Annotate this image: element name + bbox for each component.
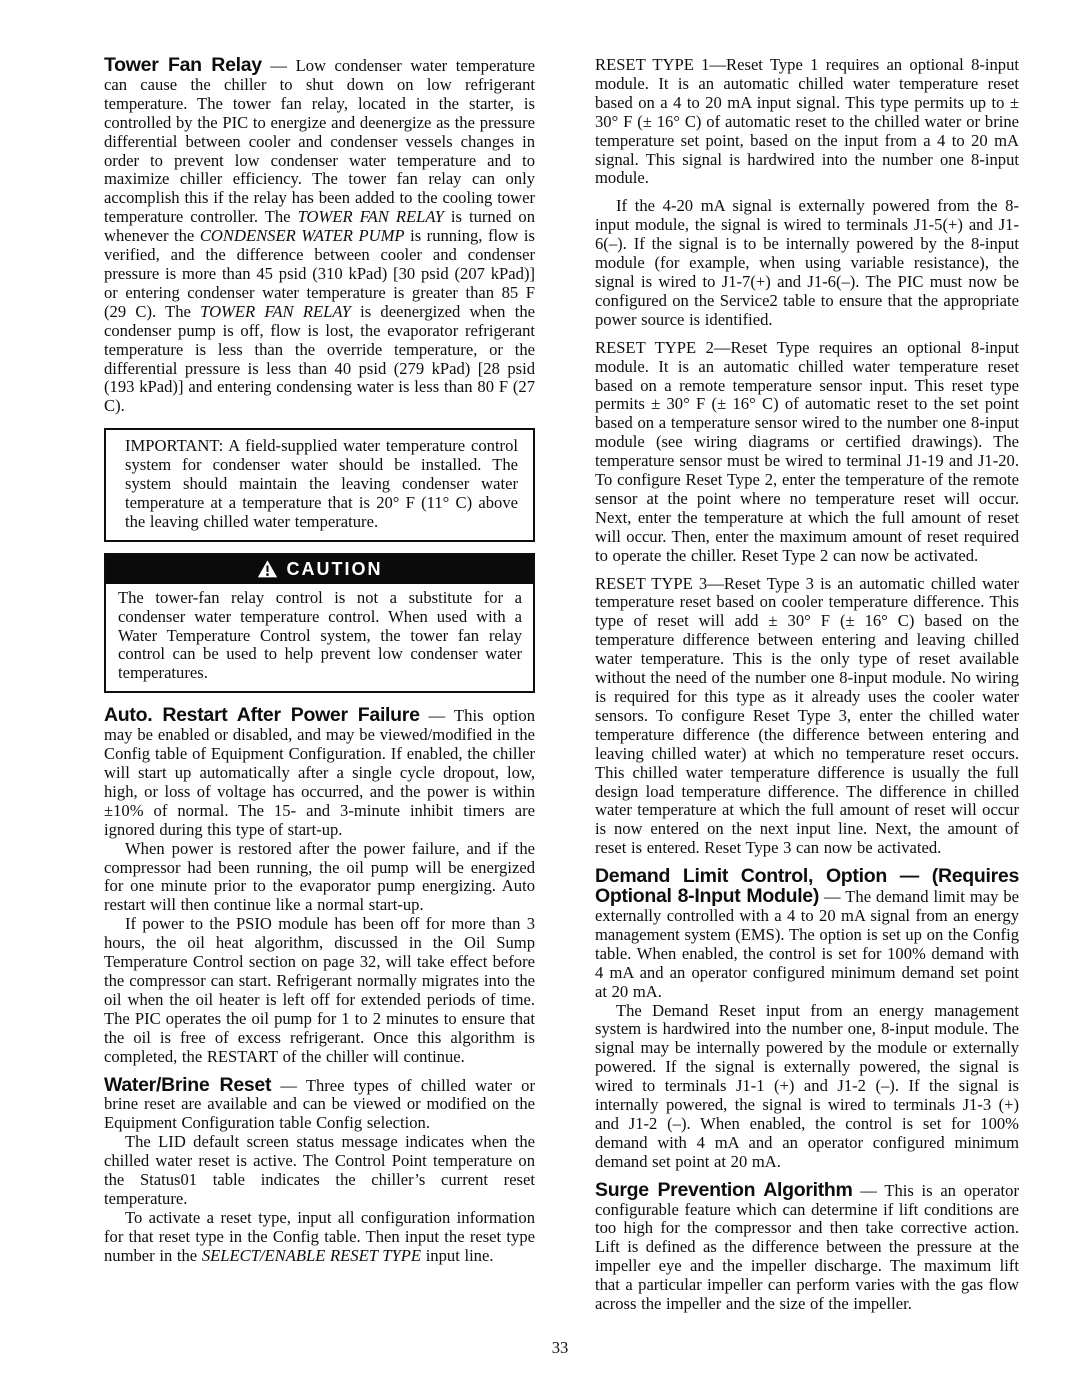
section-surge-prevention: Surge Prevention Algorithm — This is an … (595, 1181, 1019, 1314)
italic-term: TOWER FAN RELAY (298, 207, 444, 226)
right-column: RESET TYPE 1—Reset Type 1 requires an op… (595, 56, 1019, 1314)
caution-text: The tower-fan relay control is not a sub… (118, 589, 522, 684)
paragraph-reset-type-2: RESET TYPE 2—Reset Type requires an opti… (595, 339, 1019, 566)
section-auto-restart: Auto. Restart After Power Failure — This… (104, 706, 535, 839)
two-column-layout: Tower Fan Relay — Low condenser water te… (0, 0, 1080, 1314)
body-text: This option may be enabled or disabled, … (104, 706, 535, 838)
caution-header: CAUTION (106, 555, 533, 584)
left-column: Tower Fan Relay — Low condenser water te… (104, 56, 535, 1314)
paragraph: The LID default screen status message in… (104, 1133, 535, 1209)
important-note-box: IMPORTANT: A field-supplied water temper… (104, 428, 535, 542)
caution-title: CAUTION (287, 559, 383, 580)
body-text: input line. (421, 1246, 493, 1265)
paragraph: When power is restored after the power f… (104, 840, 535, 916)
section-heading-water-brine-reset: Water/Brine Reset (104, 1074, 271, 1096)
caution-box: CAUTION The tower-fan relay control is n… (104, 553, 535, 694)
paragraph: To activate a reset type, input all conf… (104, 1209, 535, 1266)
section-heading-surge-prevention: Surge Prevention Algorithm (595, 1179, 853, 1201)
section-water-brine-reset: Water/Brine Reset — Three types of chill… (104, 1076, 535, 1134)
document-page: Tower Fan Relay — Low condenser water te… (0, 0, 1080, 1397)
section-demand-limit-control: Demand Limit Control, Option — (Requires… (595, 867, 1019, 1001)
italic-term: SELECT/ENABLE RESET TYPE (202, 1246, 421, 1265)
paragraph-reset-type-1: RESET TYPE 1—Reset Type 1 requires an op… (595, 56, 1019, 188)
important-note-text: IMPORTANT: A field-supplied water temper… (125, 437, 518, 532)
section-heading-tower-fan-relay: Tower Fan Relay (104, 54, 262, 76)
warning-icon (257, 560, 278, 578)
paragraph: The Demand Reset input from an energy ma… (595, 1002, 1019, 1172)
body-text: Low condenser water temperature can caus… (104, 56, 535, 226)
body-text: This is an operator configurable feature… (595, 1181, 1019, 1313)
paragraph-reset-type-3: RESET TYPE 3—Reset Type 3 is an automati… (595, 575, 1019, 859)
italic-term: TOWER FAN RELAY (200, 302, 351, 321)
italic-term: CONDENSER WATER PUMP (200, 226, 405, 245)
section-tower-fan-relay: Tower Fan Relay — Low condenser water te… (104, 56, 535, 416)
section-heading-auto-restart: Auto. Restart After Power Failure (104, 704, 420, 726)
paragraph: If power to the PSIO module has been off… (104, 915, 535, 1066)
page-number: 33 (104, 1338, 1016, 1358)
caution-body: The tower-fan relay control is not a sub… (106, 584, 533, 692)
paragraph: If the 4-20 mA signal is externally powe… (595, 197, 1019, 329)
